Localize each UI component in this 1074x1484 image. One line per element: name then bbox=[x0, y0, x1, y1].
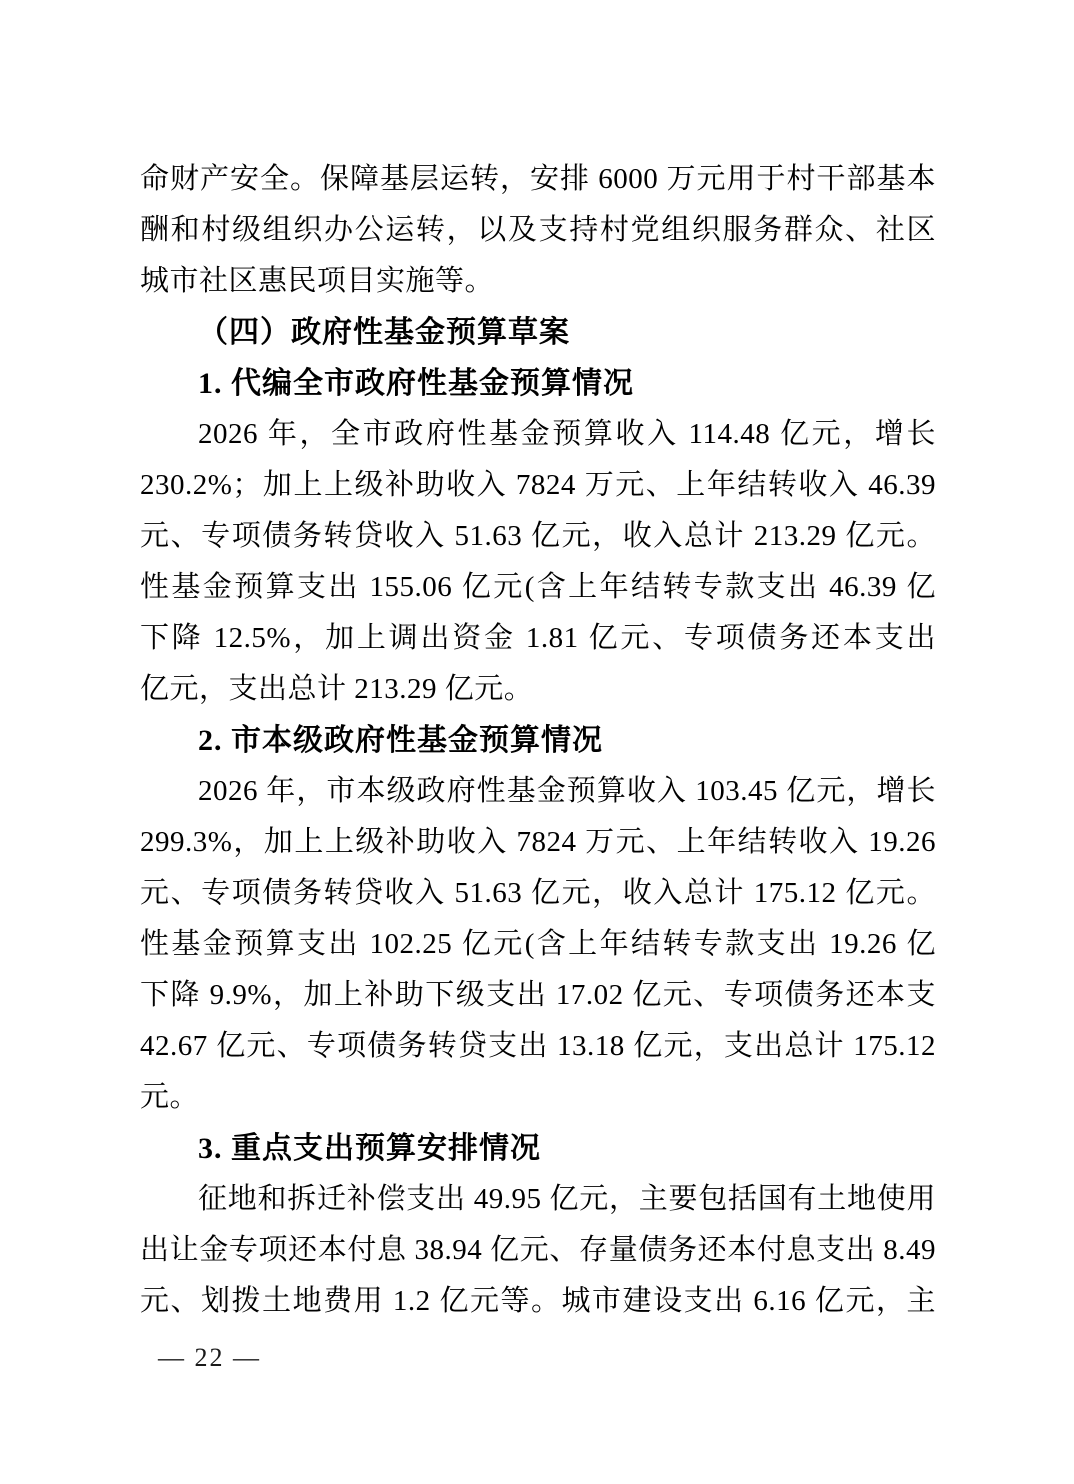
page-footer: — 22 — bbox=[158, 1342, 261, 1374]
document-page: 命财产安全。保障基层运转，安排 6000 万元用于村干部基本报酬和村级组织办公运… bbox=[0, 0, 1074, 1484]
text-line: 元、专项债务转贷收入 51.63 亿元，收入总计 175.12 亿元。政府 bbox=[140, 868, 936, 919]
body-paragraph: 2026 年，市本级政府性基金预算收入 103.45 亿元，增长299.3%，加… bbox=[140, 766, 936, 1123]
text-line: 性基金预算支出 155.06 亿元(含上年结转专款支出 46.39 亿元)， bbox=[140, 562, 936, 613]
text-line: 元、划拨土地费用 1.2 亿元等。城市建设支出 6.16 亿元，主要用 bbox=[140, 1276, 936, 1327]
text-line: 出让金专项还本付息 38.94 亿元、存量债务还本付息支出 8.49 亿 bbox=[140, 1225, 936, 1276]
text-line: 2026 年，市本级政府性基金预算收入 103.45 亿元，增长 bbox=[140, 766, 936, 817]
text-line: 下降 12.5%，加上调出资金 1.81 亿元、专项债务还本支出 56.42 bbox=[140, 613, 936, 664]
subsection-heading: 3. 重点支出预算安排情况 bbox=[140, 1123, 936, 1174]
subsection-heading: 1. 代编全市政府性基金预算情况 bbox=[140, 358, 936, 409]
text-line: 亿元，支出总计 213.29 亿元。 bbox=[140, 664, 936, 715]
text-line: 299.3%，加上上级补助收入 7824 万元、上年结转收入 19.26 亿 bbox=[140, 817, 936, 868]
text-line: 命财产安全。保障基层运转，安排 6000 万元用于村干部基本报 bbox=[140, 154, 936, 205]
text-line: 性基金预算支出 102.25 亿元(含上年结转专款支出 19.26 亿元)， bbox=[140, 919, 936, 970]
text-line: 酬和村级组织办公运转，以及支持村党组织服务群众、社区建设、 bbox=[140, 205, 936, 256]
section-heading: （四）政府性基金预算草案 bbox=[140, 307, 936, 358]
text-line: 征地和拆迁补偿支出 49.95 亿元，主要包括国有土地使用权 bbox=[140, 1174, 936, 1225]
page-number: — 22 — bbox=[158, 1343, 261, 1372]
text-line: 下降 9.9%，加上补助下级支出 17.02 亿元、专项债务还本支出 bbox=[140, 970, 936, 1021]
text-line: 42.67 亿元、专项债务转贷支出 13.18 亿元，支出总计 175.12 亿 bbox=[140, 1021, 936, 1072]
text-line: 城市社区惠民项目实施等。 bbox=[140, 256, 936, 307]
continuation-paragraph: 命财产安全。保障基层运转，安排 6000 万元用于村干部基本报酬和村级组织办公运… bbox=[140, 154, 936, 307]
text-line: 2026 年，全市政府性基金预算收入 114.48 亿元，增长 bbox=[140, 409, 936, 460]
text-line: 230.2%；加上上级补助收入 7824 万元、上年结转收入 46.39 亿 bbox=[140, 460, 936, 511]
text-line: 3. 重点支出预算安排情况 bbox=[140, 1123, 936, 1174]
text-line: 2. 市本级政府性基金预算情况 bbox=[140, 715, 936, 766]
body-paragraph: 征地和拆迁补偿支出 49.95 亿元，主要包括国有土地使用权出让金专项还本付息 … bbox=[140, 1174, 936, 1327]
body-paragraph: 2026 年，全市政府性基金预算收入 114.48 亿元，增长230.2%；加上… bbox=[140, 409, 936, 715]
subsection-heading: 2. 市本级政府性基金预算情况 bbox=[140, 715, 936, 766]
text-line: 1. 代编全市政府性基金预算情况 bbox=[140, 358, 936, 409]
text-line: 元。 bbox=[140, 1072, 936, 1123]
document-body: 命财产安全。保障基层运转，安排 6000 万元用于村干部基本报酬和村级组织办公运… bbox=[140, 154, 936, 1327]
text-line: 元、专项债务转贷收入 51.63 亿元，收入总计 213.29 亿元。政府 bbox=[140, 511, 936, 562]
text-line: （四）政府性基金预算草案 bbox=[140, 307, 936, 358]
